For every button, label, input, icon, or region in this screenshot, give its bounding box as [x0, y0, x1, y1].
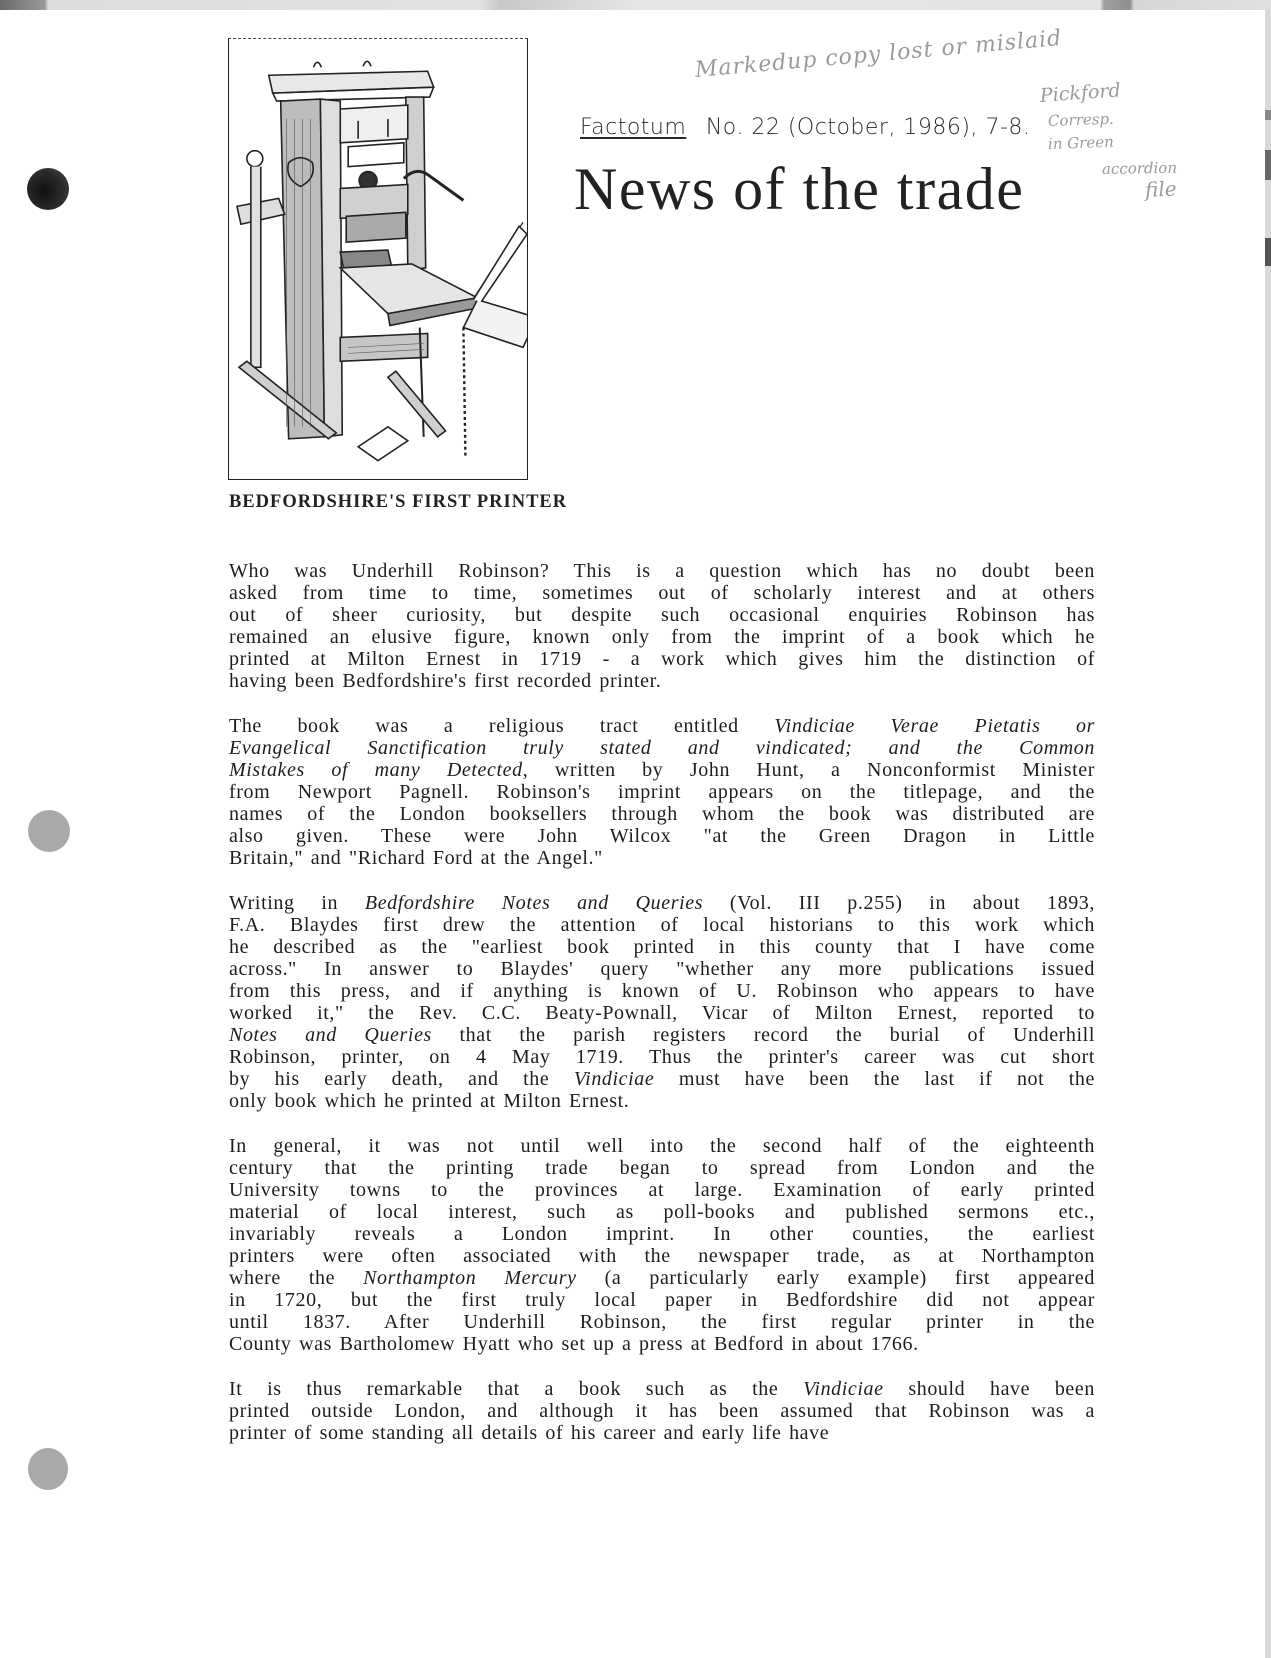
text-run: asked from time to time, sometimes out o…: [229, 582, 1095, 604]
text-run: having been Bedfordshire's first recorde…: [229, 670, 661, 692]
article-line: from this press, and if anything is know…: [229, 980, 1095, 1002]
article-line: The book was a religious tract entitled …: [229, 715, 1095, 737]
handwritten-note: accordion: [1102, 159, 1177, 178]
article-line: Notes and Queries that the parish regist…: [229, 1024, 1095, 1046]
citation-journal: Factotum: [580, 115, 686, 140]
article-line: invariably reveals a London imprint. In …: [229, 1223, 1095, 1245]
text-run: It is thus remarkable that a book such a…: [229, 1378, 803, 1400]
article-line: University towns to the provinces at lar…: [229, 1179, 1095, 1201]
article-line: until 1837. After Underhill Robinson, th…: [229, 1311, 1095, 1333]
article-line: out of sheer curiosity, but despite such…: [229, 604, 1095, 626]
article-heading: BEDFORDSHIRE'S FIRST PRINTER: [229, 492, 567, 513]
italic-title: Northampton Mercury: [363, 1267, 577, 1289]
article-line: Britain," and "Richard Ford at the Angel…: [229, 847, 1109, 869]
article-line: having been Bedfordshire's first recorde…: [229, 670, 1109, 692]
text-run: must have been the last if not the: [654, 1068, 1095, 1090]
text-run: (Vol. III p.255) in about 1893,: [703, 892, 1095, 914]
text-run: F.A. Blaydes first drew the attention of…: [229, 914, 1095, 936]
article-line: only book which he printed at Milton Ern…: [229, 1090, 1109, 1112]
text-run: printers were often associated with the …: [229, 1245, 1095, 1267]
text-run: printed outside London, and although it …: [229, 1400, 1095, 1422]
text-run: worked it," the Rev. C.C. Beaty-Pownall,…: [229, 1002, 1095, 1024]
masthead-title: News of the trade: [574, 155, 1024, 224]
article-line: worked it," the Rev. C.C. Beaty-Pownall,…: [229, 1002, 1095, 1024]
text-run: should have been: [884, 1378, 1095, 1400]
text-run: Writing in: [229, 892, 365, 914]
article-paragraph: In general, it was not until well into t…: [229, 1135, 1109, 1355]
text-run: The book was a religious tract entitled: [229, 715, 774, 737]
punch-hole-icon: [27, 168, 69, 210]
article-line: asked from time to time, sometimes out o…: [229, 582, 1095, 604]
article-line: material of local interest, such as poll…: [229, 1201, 1095, 1223]
article-line: Mistakes of many Detected, written by Jo…: [229, 759, 1095, 781]
article-line: printed at Milton Ernest in 1719 - a wor…: [229, 648, 1095, 670]
article-line: also given. These were John Wilcox "at t…: [229, 825, 1095, 847]
text-run: only book which he printed at Milton Ern…: [229, 1090, 629, 1112]
text-run: that the parish registers record the bur…: [432, 1024, 1095, 1046]
punch-hole-icon: [28, 1448, 68, 1490]
article-line: printed outside London, and although it …: [229, 1400, 1095, 1422]
italic-title: Evangelical Sanctification truly stated …: [229, 737, 1095, 759]
italic-title: Notes and Queries: [229, 1024, 432, 1046]
text-run: century that the printing trade began to…: [229, 1157, 1095, 1179]
text-run: Robinson, printer, on 4 May 1719. Thus t…: [229, 1046, 1095, 1068]
article-line: County was Bartholomew Hyatt who set up …: [229, 1333, 1109, 1355]
text-run: from this press, and if anything is know…: [229, 980, 1095, 1002]
article-line: Evangelical Sanctification truly stated …: [229, 737, 1095, 759]
scan-edge-right: [1265, 10, 1271, 1658]
punch-hole-icon: [28, 810, 70, 852]
text-run: In general, it was not until well into t…: [229, 1135, 1095, 1157]
italic-title: Bedfordshire Notes and Queries: [365, 892, 703, 914]
article-line: F.A. Blaydes first drew the attention of…: [229, 914, 1095, 936]
article-line: century that the printing trade began to…: [229, 1157, 1095, 1179]
article-paragraph: It is thus remarkable that a book such a…: [229, 1378, 1109, 1444]
text-run: Britain," and "Richard Ford at the Angel…: [229, 847, 603, 869]
italic-title: Vindiciae: [574, 1068, 655, 1090]
text-run: , written by John Hunt, a Nonconformist …: [523, 759, 1095, 781]
article-line: by his early death, and the Vindiciae mu…: [229, 1068, 1095, 1090]
citation-details: No. 22 (October, 1986), 7-8.: [706, 115, 1031, 140]
text-run: out of sheer curiosity, but despite such…: [229, 604, 1095, 626]
text-run: until 1837. After Underhill Robinson, th…: [229, 1311, 1095, 1333]
article-line: It is thus remarkable that a book such a…: [229, 1378, 1095, 1400]
article-line: where the Northampton Mercury (a particu…: [229, 1267, 1095, 1289]
text-run: by his early death, and the: [229, 1068, 574, 1090]
article-paragraph: The book was a religious tract entitled …: [229, 715, 1109, 869]
italic-title: Mistakes of many Detected: [229, 759, 523, 781]
text-run: where the: [229, 1267, 363, 1289]
article-line: he described as the "earliest book print…: [229, 936, 1095, 958]
article-line: Writing in Bedfordshire Notes and Querie…: [229, 892, 1095, 914]
article-line: printer of some standing all details of …: [229, 1422, 1109, 1444]
article-line: Who was Underhill Robinson? This is a qu…: [229, 560, 1095, 582]
text-run: printed at Milton Ernest in 1719 - a wor…: [229, 648, 1095, 670]
printing-press-illustration: [228, 38, 528, 480]
article-body: Who was Underhill Robinson? This is a qu…: [229, 560, 1109, 1467]
text-run: names of the London booksellers through …: [229, 803, 1095, 825]
text-run: he described as the "earliest book print…: [229, 936, 1095, 958]
article-line: names of the London booksellers through …: [229, 803, 1095, 825]
italic-title: Vindiciae Verae Pietatis or: [774, 715, 1095, 737]
article-paragraph: Who was Underhill Robinson? This is a qu…: [229, 560, 1109, 692]
handwritten-note: Corresp.: [1048, 110, 1114, 130]
article-line: Robinson, printer, on 4 May 1719. Thus t…: [229, 1046, 1095, 1068]
text-run: also given. These were John Wilcox "at t…: [229, 825, 1095, 847]
text-run: Who was Underhill Robinson? This is a qu…: [229, 560, 1095, 582]
article-line: in 1720, but the first truly local paper…: [229, 1289, 1095, 1311]
article-line: In general, it was not until well into t…: [229, 1135, 1095, 1157]
text-run: University towns to the provinces at lar…: [229, 1179, 1095, 1201]
italic-title: Vindiciae: [803, 1378, 884, 1400]
handwritten-note: Markedup copy lost or mislaid: [694, 26, 1063, 83]
text-run: remained an elusive figure, known only f…: [229, 626, 1095, 648]
scan-edge-top: [0, 0, 1271, 10]
article-line: across." In answer to Blaydes' query "wh…: [229, 958, 1095, 980]
article-paragraph: Writing in Bedfordshire Notes and Querie…: [229, 892, 1109, 1112]
article-line: from Newport Pagnell. Robinson's imprint…: [229, 781, 1095, 803]
text-run: in 1720, but the first truly local paper…: [229, 1289, 1095, 1311]
text-run: County was Bartholomew Hyatt who set up …: [229, 1333, 919, 1355]
handwritten-note: in Green: [1048, 133, 1114, 153]
citation: Factotum No. 22 (October, 1986), 7-8.: [580, 115, 1030, 140]
text-run: (a particularly early example) first app…: [577, 1267, 1095, 1289]
article-line: printers were often associated with the …: [229, 1245, 1095, 1267]
handwritten-note: Pickford: [1039, 79, 1121, 107]
handwritten-note: file: [1144, 176, 1177, 202]
text-run: invariably reveals a London imprint. In …: [229, 1223, 1095, 1245]
text-run: printer of some standing all details of …: [229, 1422, 829, 1444]
article-line: remained an elusive figure, known only f…: [229, 626, 1095, 648]
text-run: from Newport Pagnell. Robinson's imprint…: [229, 781, 1095, 803]
text-run: across." In answer to Blaydes' query "wh…: [229, 958, 1095, 980]
text-run: material of local interest, such as poll…: [229, 1201, 1095, 1223]
